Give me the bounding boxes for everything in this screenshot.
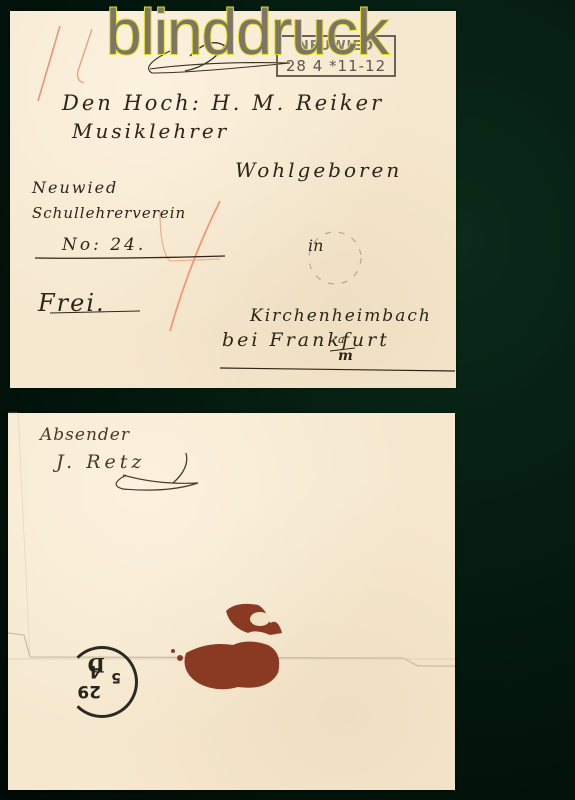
fraction-denominator: m bbox=[338, 348, 353, 364]
sender-note-line-1: Neuwied bbox=[32, 178, 118, 197]
postmark-day: 5 bbox=[111, 669, 121, 685]
address-line-3: Wohlgeboren bbox=[235, 158, 402, 182]
address-line-2: Musiklehrer bbox=[72, 119, 229, 143]
address-line-in: in bbox=[308, 236, 323, 255]
postmark-letter: D bbox=[88, 653, 105, 677]
blinddruck-watermark: blinddruck bbox=[106, 0, 388, 68]
back-sender-name: J. Retz bbox=[56, 451, 145, 473]
round-postmark: 5 29 4 D bbox=[66, 646, 138, 718]
fraction-numerator: a bbox=[338, 333, 345, 346]
back-sender-label: Absender bbox=[40, 425, 130, 445]
letter-back: Absender J. Retz 5 29 4 D bbox=[8, 413, 455, 790]
sender-note-line-3: No: 24. bbox=[62, 235, 146, 255]
address-line-5: bei Frankfurt bbox=[222, 329, 390, 351]
sender-note-line-2: Schullehrerverein bbox=[32, 204, 186, 222]
frei-mark: Frei. bbox=[38, 289, 106, 317]
address-line-4: Kirchenheimbach bbox=[250, 306, 432, 326]
address-line-1: Den Hoch: H. M. Reiker bbox=[62, 91, 384, 115]
